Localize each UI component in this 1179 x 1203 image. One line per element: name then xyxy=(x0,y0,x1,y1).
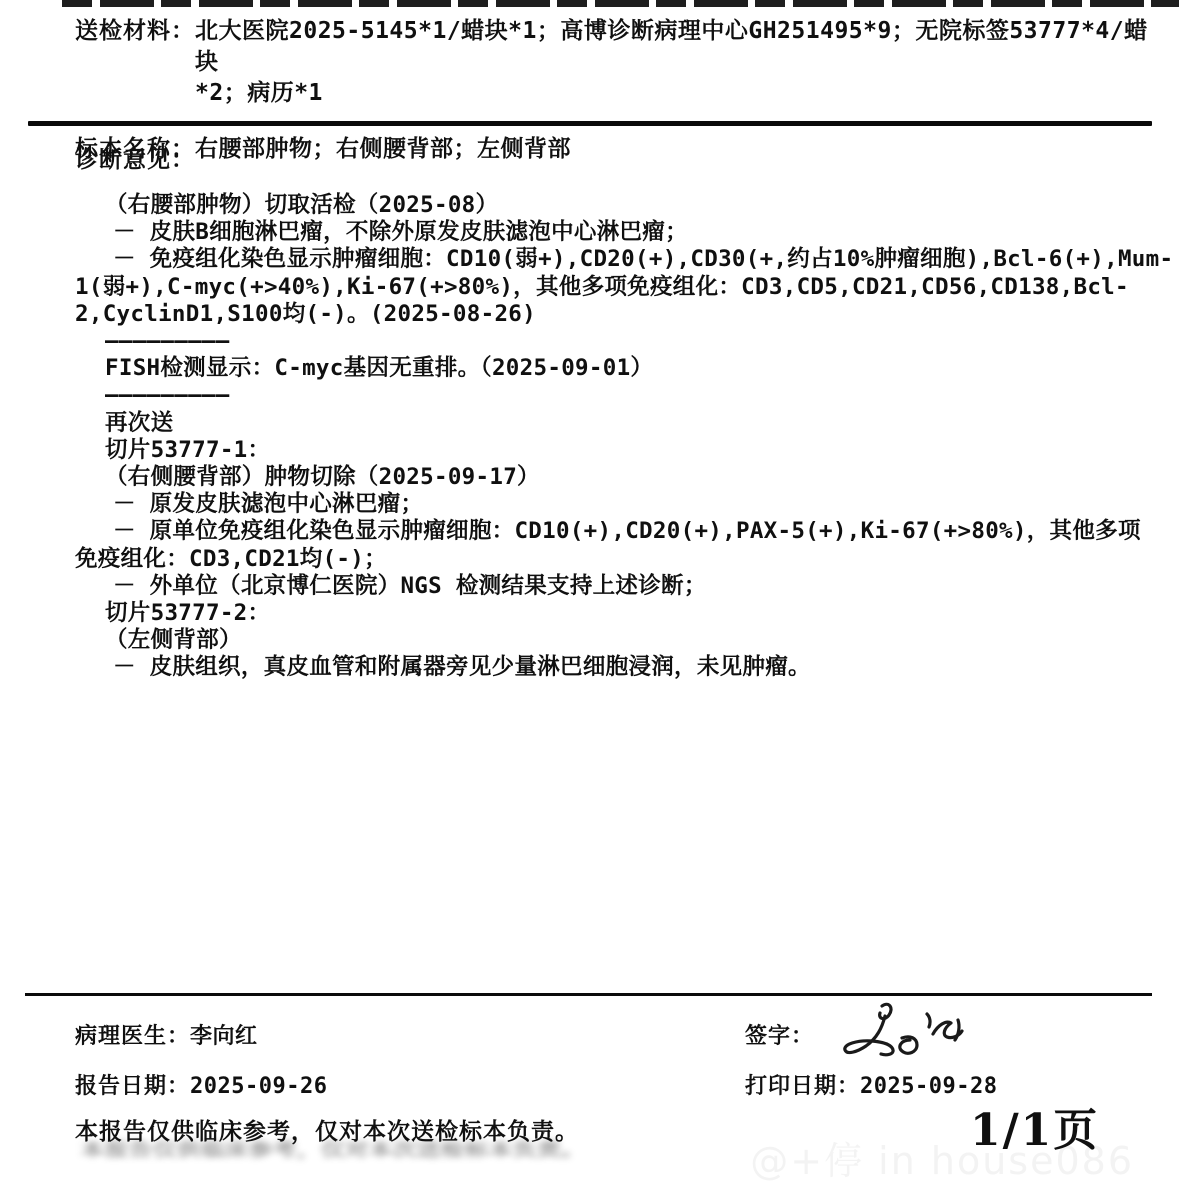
materials-label: 送检材料： xyxy=(75,16,195,47)
pathologist-label: 病理医生： xyxy=(75,1022,190,1052)
materials-line-1: 北大医院2025-5145*1/蜡块*1；高博诊断病理中心GH251495*9；… xyxy=(195,16,1151,78)
disclaimer-text: 本报告仅供临床参考，仅对本次送检标本负责。 xyxy=(75,1118,975,1146)
diagnosis-line: （左侧背部） xyxy=(75,627,1139,654)
disclaimer-block: 本报告仅供临床参考，仅对本次送检标本负责。 本报告仅供临床参考，仅对本次送检标本… xyxy=(75,1118,975,1188)
diagnosis-line: － 免疫组化染色显示肿瘤细胞：CD10(弱+),CD20(+),CD30(+,约… xyxy=(75,246,1139,273)
diagnosis-section: 诊断意见： （右腰部肿物）切取活检（2025-08） － 皮肤B细胞淋巴瘤，不除… xyxy=(75,145,1139,682)
diagnosis-body: （右腰部肿物）切取活检（2025-08） － 皮肤B细胞淋巴瘤，不除外原发皮肤滤… xyxy=(75,192,1139,682)
diagnosis-line: 切片53777-1： xyxy=(75,437,1139,464)
page-number: 1/1页 xyxy=(970,1094,1099,1158)
diagnosis-line: （右腰部肿物）切取活检（2025-08） xyxy=(75,192,1139,219)
signature-label: 签字： xyxy=(745,1022,814,1052)
materials-field: 送检材料： 北大医院2025-5145*1/蜡块*1；高博诊断病理中心GH251… xyxy=(75,16,1151,109)
diagnosis-line: 免疫组化：CD3,CD21均(-)； xyxy=(75,546,1139,573)
diagnosis-line: － 皮肤组织，真皮血管和附属器旁见少量淋巴细胞浸润，未见肿瘤。 xyxy=(75,654,1139,681)
diagnosis-line: 1(弱+),C-myc(+>40%),Ki-67(+>80%)，其他多项免疫组化… xyxy=(75,274,1139,301)
diagnosis-line: 再次送 xyxy=(75,410,1139,437)
dash-separator: ————————— xyxy=(75,328,1139,355)
diagnosis-line: － 皮肤B细胞淋巴瘤，不除外原发皮肤滤泡中心淋巴瘤； xyxy=(75,219,1139,246)
diagnosis-line: 切片53777-2： xyxy=(75,600,1139,627)
footer-row-doctor: 病理医生：李向红 签字： xyxy=(75,1022,1151,1072)
report-date-value: 2025-09-26 xyxy=(190,1072,327,1102)
dash-separator: ————————— xyxy=(75,382,1139,409)
diagnosis-line: FISH检测显示：C-myc基因无重排。（2025-09-01） xyxy=(75,355,1139,382)
diagnosis-line: － 外单位（北京博仁医院）NGS 检测结果支持上述诊断； xyxy=(75,573,1139,600)
diagnosis-line: － 原单位免疫组化染色显示肿瘤细胞：CD10(+),CD20(+),PAX-5(… xyxy=(75,518,1139,545)
handwritten-signature xyxy=(830,1000,970,1078)
report-footer: 病理医生：李向红 签字： 报告日期：2025-09-26 打印日期：2025-0… xyxy=(75,1022,1151,1122)
pathology-report-page: @+停 in house086 送检材料： 北大医院2025-5145*1/蜡块… xyxy=(0,0,1179,1203)
diagnosis-heading: 诊断意见： xyxy=(75,145,1139,175)
report-header: 送检材料： 北大医院2025-5145*1/蜡块*1；高博诊断病理中心GH251… xyxy=(75,16,1151,165)
footer-row-dates: 报告日期：2025-09-26 打印日期：2025-09-28 1/1页 xyxy=(75,1072,1151,1122)
diagnosis-line: － 原发皮肤滤泡中心淋巴瘤； xyxy=(75,491,1139,518)
pathologist-name: 李向红 xyxy=(190,1022,258,1052)
materials-value: 北大医院2025-5145*1/蜡块*1；高博诊断病理中心GH251495*9；… xyxy=(195,16,1151,109)
materials-line-2: *2；病历*1 xyxy=(195,78,1151,109)
report-date-label: 报告日期： xyxy=(75,1072,190,1102)
header-divider-rule xyxy=(28,121,1152,126)
footer-divider-rule xyxy=(25,993,1152,996)
diagnosis-line: （右侧腰背部）肿物切除（2025-09-17） xyxy=(75,464,1139,491)
top-cutoff-text-strip xyxy=(62,0,1179,7)
diagnosis-line: 2,CyclinD1,S100均(-)。(2025-08-26) xyxy=(75,301,1139,328)
print-date-label: 打印日期： xyxy=(745,1072,860,1102)
